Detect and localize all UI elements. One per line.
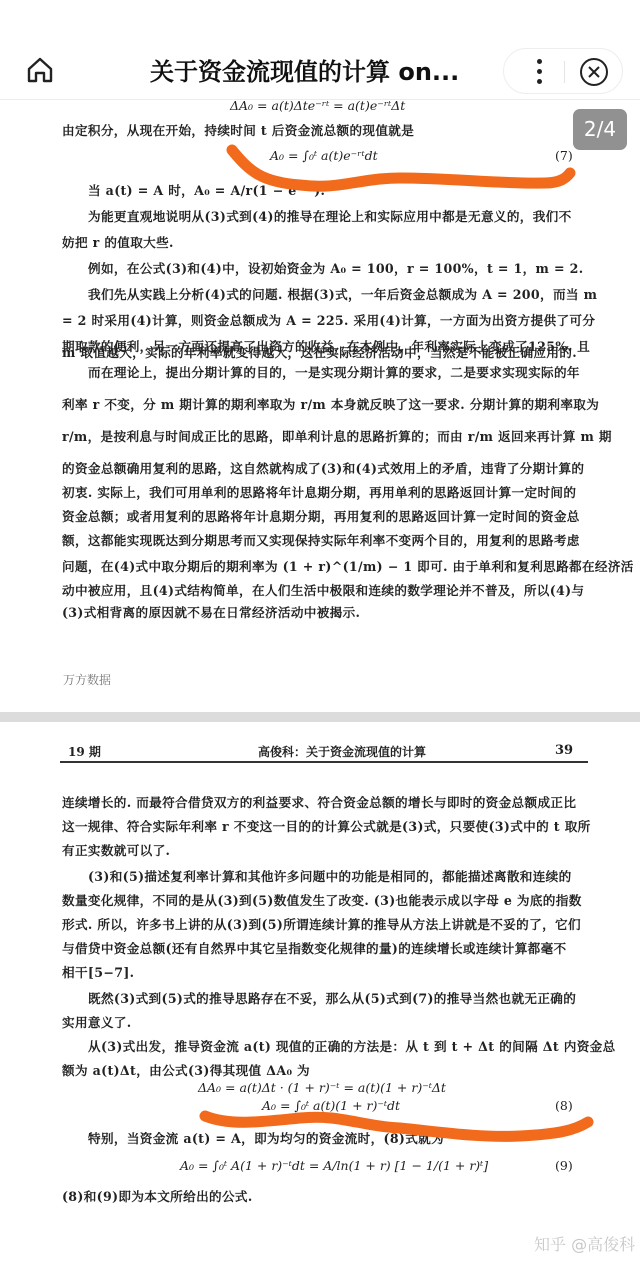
page-number: 39 — [555, 743, 573, 758]
paragraph-line: 资金总额；或者用复利的思路将年计息期分期，再用复利的思路返回计算一定时间的资金总 — [62, 504, 586, 530]
paragraph-line: 利率 r 不变，分 m 期计算的期利率取为 r/m 本身就反映了这一要求. 分期… — [62, 392, 586, 418]
equation-number-8: (8) — [555, 1098, 573, 1113]
mini-program-capsule — [503, 48, 623, 94]
paragraph-line: 相干[5−7]. — [62, 960, 586, 986]
page-indicator: 2/4 — [573, 109, 627, 150]
source-label: 万方数据 — [63, 671, 111, 688]
text-line: 由定积分，从现在开始，持续时间 t 后资金流总额的现值就是 — [62, 118, 586, 144]
equation-number-9: (9) — [555, 1158, 573, 1173]
paragraph-line: 形式. 所以，许多书上讲的从(3)到(5)所谓连续计算的推导从方法上讲就是不妥的… — [62, 912, 586, 938]
paragraph-line: 额，这都能实现既达到分期思考而又实现保持实际年利率不变两个目的，用复利的思路考虑 — [62, 528, 586, 554]
paragraph-line: 初衷. 实际上，我们可用单利的思路将年计息期分期，再用单利的思路返回计算一定时间… — [62, 480, 586, 506]
paragraph-line: 有正实数就可以了. — [62, 838, 586, 864]
home-button[interactable] — [22, 52, 58, 88]
paragraph-line: 数量变化规律，不同的是从(3)到(5)数值发生了改变. (3)也能表示成以字母 … — [62, 888, 586, 914]
formula-delta-a0-compound: ΔA₀ = a(t)Δt · (1 + r)⁻ᵗ = a(t)(1 + r)⁻ᵗ… — [198, 1080, 446, 1095]
close-button[interactable] — [577, 55, 611, 89]
equation-number-7: (7) — [555, 148, 573, 163]
text-line: 特别，当资金流 a(t) = A，即为均匀的资金流时，(8)式就为 — [62, 1126, 586, 1152]
paragraph-line: 实用意义了. — [62, 1010, 586, 1036]
paragraph-line: (3)和(5)描述复利率计算和其他许多问题中的功能是相同的，都能描述离散和连续的 — [62, 864, 586, 890]
more-dot — [537, 69, 542, 74]
paragraph-line: 而在理论上，提出分期计算的目的，一是实现分期计算的要求，二是要求实现实际的年 — [62, 360, 586, 386]
more-dot — [537, 79, 542, 84]
page-separator — [0, 712, 640, 722]
paragraph-line: 的资金总额确用复利的思路，这自然就构成了(3)和(4)式效用上的矛盾，违背了分期… — [62, 456, 586, 482]
zhihu-watermark: 知乎 @高俊科 — [534, 1232, 635, 1255]
formula-8: A₀ = ∫₀ᵗ a(t)(1 + r)⁻ᵗdt — [262, 1098, 400, 1113]
paragraph-line: 我们先从实践上分析(4)式的问题. 根据(3)式，一年后资金总额成为 A = 2… — [62, 282, 586, 308]
paragraph-line: 例如，在公式(3)和(4)中，设初始资金为 A₀ = 100，r = 100%，… — [62, 256, 586, 282]
paragraph-line: 问题，在(4)式中取分期后的期利率为 (1 + r)^(1/m) − 1 即可.… — [62, 554, 586, 580]
formula-9: A₀ = ∫₀ᵗ A(1 + r)⁻ᵗdt = A/ln(1 + r) [1 −… — [180, 1158, 488, 1173]
more-vertical-icon — [537, 59, 542, 64]
running-header: 高俊科：关于资金流现值的计算 — [258, 743, 426, 760]
header-rule — [60, 761, 588, 763]
home-icon — [25, 55, 55, 85]
paragraph-line: 妨把 r 的值取大些. — [62, 230, 586, 256]
paragraph-line: r/m，是按利息与时间成正比的思路，即单利计息的思路折算的；而由 r/m 返回来… — [62, 424, 586, 450]
page-title: 关于资金流现值的计算 on... — [150, 52, 495, 92]
paragraph-line: 连续增长的. 而最符合借贷双方的利益要求、符合资金总额的增长与即时的资金总额成正… — [62, 790, 586, 816]
formula-7: A₀ = ∫₀ᵗ a(t)e⁻ʳᵗdt — [270, 148, 378, 163]
paragraph-line: 从(3)式出发，推导资金流 a(t) 现值的正确的方法是：从 t 到 t + Δ… — [62, 1034, 586, 1060]
close-circle-icon — [577, 55, 611, 89]
paragraph-line: = 2 时采用(4)计算，则资金总额成为 A = 225. 采用(4)计算，一方… — [62, 308, 586, 334]
formula-delta-a0: ΔA₀ = a(t)Δte⁻ʳᵗ = a(t)e⁻ʳᵗΔt — [230, 98, 405, 113]
paragraph-line: 与借贷中资金总额(还有自然界中其它呈指数变化规律的量)的连续增长或连续计算都毫不 — [62, 936, 586, 962]
issue-label: 19 期 — [68, 743, 101, 760]
text-line: (8)和(9)即为本文所给出的公式. — [62, 1184, 586, 1210]
paragraph-line: (3)式相背离的原因就不易在日常经济活动中被揭示. — [62, 600, 586, 626]
more-button[interactable] — [524, 56, 554, 86]
paragraph-line: 为能更直观地说明从(3)式到(4)的推导在理论上和实际应用中都是无意义的，我们不 — [62, 204, 586, 230]
paragraph-line: 既然(3)式到(5)式的推导思路存在不妥，那么从(5)式到(7)的推导当然也就无… — [62, 986, 586, 1012]
paragraph-line: 这一规律、符合实际年利率 r 不变这一目的的计算公式就是(3)式，只要使(3)式… — [62, 814, 586, 840]
text-line: 当 a(t) = A 时，A₀ = A/r(1 − e⁻ʳᵗ). — [62, 178, 586, 204]
capsule-divider — [564, 61, 565, 83]
top-bar: 关于资金流现值的计算 on... — [0, 0, 640, 100]
